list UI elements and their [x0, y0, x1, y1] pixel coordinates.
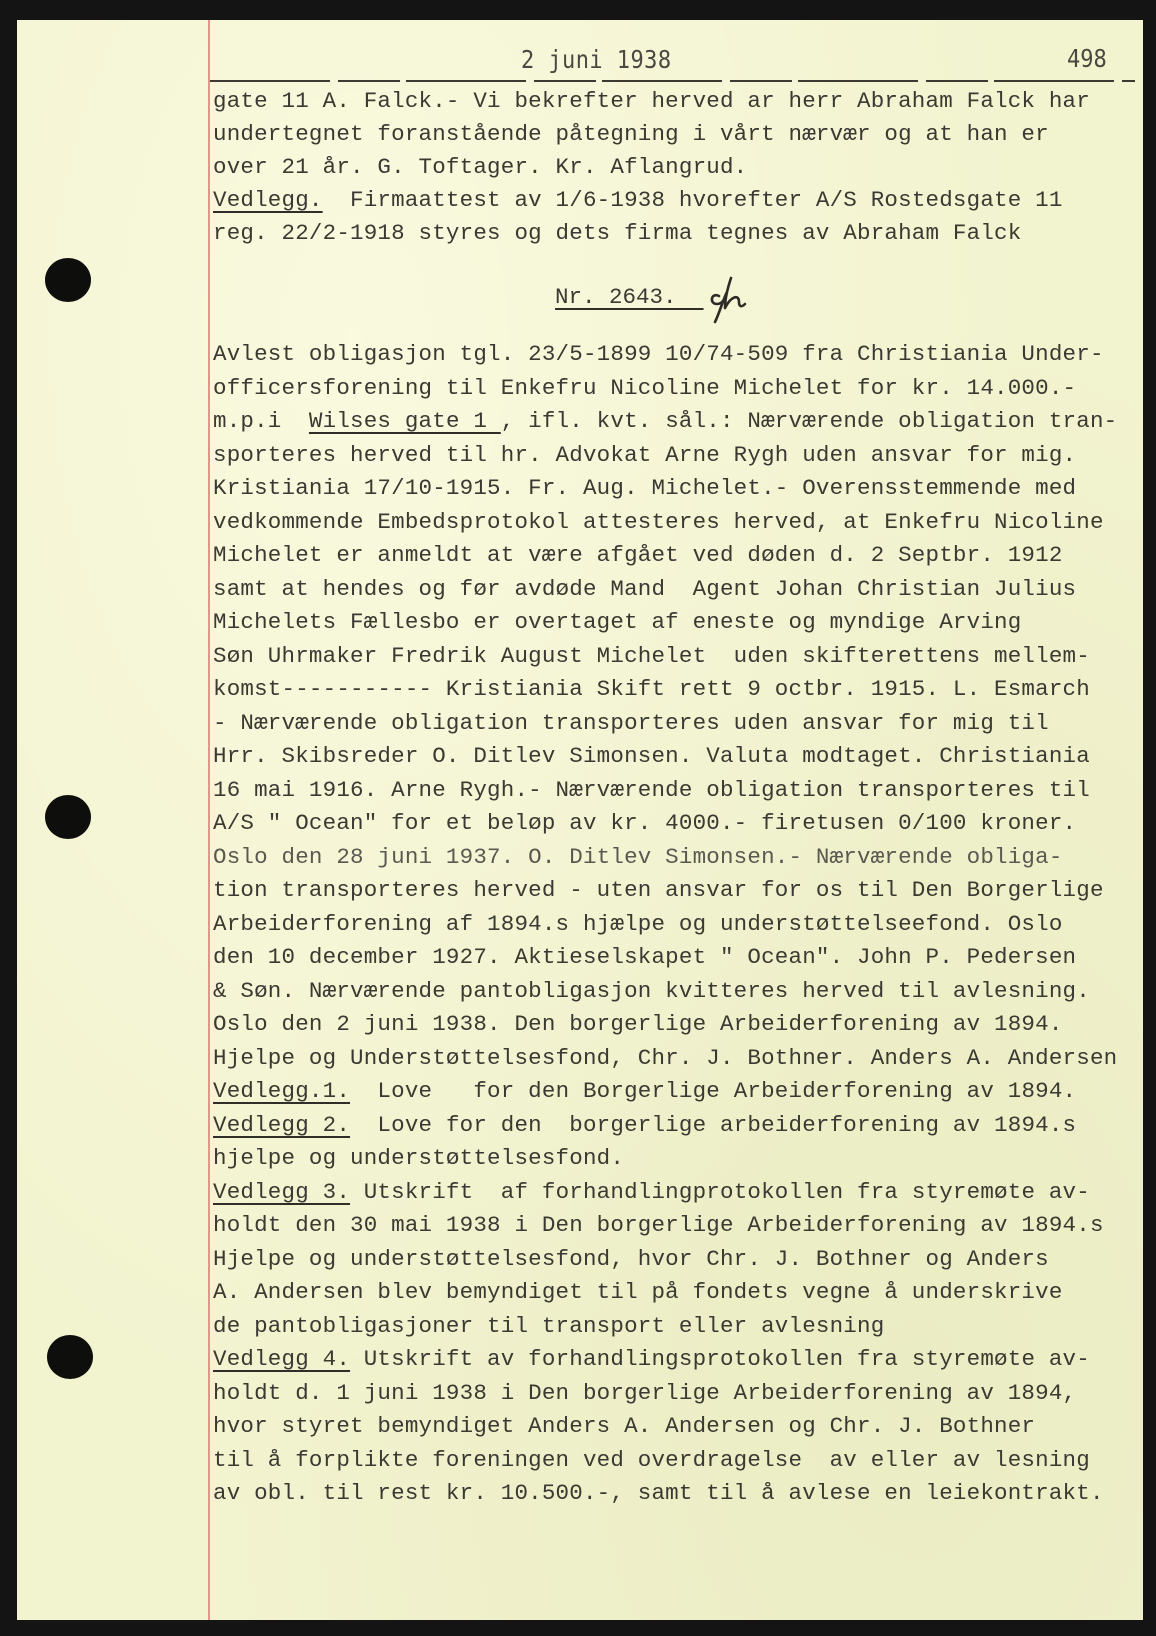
text-line: Hjelpe og Understøttelsesfond, Chr. J. B…	[213, 1044, 1117, 1072]
text-line: holdt d. 1 juni 1938 i Den borgerlige Ar…	[213, 1379, 1076, 1407]
text-line: gate 11 A. Falck.- Vi bekrefter herved a…	[213, 87, 1090, 115]
text-line: til å forplikte foreningen ved overdrage…	[213, 1446, 1090, 1474]
attachment-label: Vedlegg.	[213, 187, 323, 213]
text-line: av obl. til rest kr. 10.500.-, samt til …	[213, 1479, 1104, 1507]
text-span: Utskrift av forhandlingsprotokollen fra …	[350, 1346, 1090, 1372]
text-line: Hrr. Skibsreder O. Ditlev Simonsen. Valu…	[213, 742, 1090, 770]
text-line: Søn Uhrmaker Fredrik August Michelet ude…	[213, 642, 1090, 670]
text-line: Vedlegg 3. Utskrift af forhandlingprotok…	[213, 1178, 1090, 1206]
text-line: m.p.i Wilses gate 1 , ifl. kvt. sål.: Næ…	[213, 407, 1117, 435]
text-line: den 10 december 1927. Aktieselskapet " O…	[213, 943, 1076, 971]
text-span: Firmaattest av 1/6-1938 hvorefter A/S Ro…	[323, 187, 1063, 213]
text-line: sporteres herved til hr. Advokat Arne Ry…	[213, 441, 1076, 469]
text-line: Hjelpe og understøttelsesfond, hvor Chr.…	[213, 1245, 1049, 1273]
text-line: de pantobligasjoner til transport eller …	[213, 1312, 884, 1340]
text-line: 16 mai 1916. Arne Rygh.- Nærværende obli…	[213, 776, 1090, 804]
text-line: A/S " Ocean" for et beløp av kr. 4000.- …	[213, 809, 1076, 837]
text-line: komst----------- Kristiania Skift rett 9…	[213, 675, 1090, 703]
document-page: 2 juni 1938 498 gate 11 A. Falck.- Vi be…	[17, 20, 1143, 1620]
text-line: Kristiania 17/10-1915. Fr. Aug. Michelet…	[213, 474, 1076, 502]
address-underlined: Wilses gate 1	[309, 408, 501, 434]
text-line: A. Andersen blev bemyndiget til på fonde…	[213, 1278, 1063, 1306]
text-line: Michelet er anmeldt at være afgået ved d…	[213, 541, 1063, 569]
text-line: tion transporteres herved - uten ansvar …	[213, 876, 1104, 904]
text-line: Vedlegg 4. Utskrift av forhandlingsproto…	[213, 1345, 1090, 1373]
text-line: Arbeiderforening af 1894.s hjælpe og und…	[213, 910, 1063, 938]
attachment-label: Vedlegg 2.	[213, 1112, 350, 1138]
text-line: hvor styret bemyndiget Anders A. Anderse…	[213, 1412, 1035, 1440]
text-line: samt at hendes og før avdøde Mand Agent …	[213, 575, 1076, 603]
punch-hole-icon	[45, 795, 91, 839]
text-span: Utskrift af forhandlingprotokollen fra s…	[350, 1179, 1090, 1205]
text-span: m.p.i	[213, 408, 309, 434]
text-line: Oslo den 28 juni 1937. O. Ditlev Simonse…	[213, 843, 1063, 871]
text-span: , ifl. kvt. sål.: Nærværende obligation …	[501, 408, 1118, 434]
text-line: over 21 år. G. Toftager. Kr. Aflangrud.	[213, 153, 747, 181]
header-rule	[210, 80, 1135, 82]
text-line: Oslo den 2 juni 1938. Den borgerlige Arb…	[213, 1010, 1063, 1038]
punch-hole-icon	[47, 1335, 93, 1379]
text-line: officersforening til Enkefru Nicoline Mi…	[213, 374, 1076, 402]
entry-number-text: Nr. 2643.	[555, 284, 677, 310]
text-span: Love for den Borgerlige Arbeiderforening…	[350, 1078, 1076, 1104]
text-line: Vedlegg 2. Love for den borgerlige arbei…	[213, 1111, 1076, 1139]
text-line: undertegnet foranstående påtegning i vår…	[213, 120, 1049, 148]
text-line: Vedlegg.1. Love for den Borgerlige Arbei…	[213, 1077, 1076, 1105]
text-line: reg. 22/2-1918 styres og dets firma tegn…	[213, 219, 1021, 247]
handwritten-initials-icon	[705, 274, 749, 324]
text-line: - Nærværende obligation transporteres ud…	[213, 709, 1049, 737]
header-date: 2 juni 1938	[521, 45, 672, 74]
text-line: Michelets Fællesbo er overtaget af enest…	[213, 608, 1021, 636]
attachment-label: Vedlegg 4.	[213, 1346, 350, 1372]
text-span: Love for den borgerlige arbeiderforening…	[350, 1112, 1076, 1138]
attachment-label: Vedlegg.1.	[213, 1078, 350, 1104]
text-line: vedkommende Embedsprotokol attesteres he…	[213, 508, 1104, 536]
text-line: Avlest obligasjon tgl. 23/5-1899 10/74-5…	[213, 340, 1104, 368]
text-line: hjelpe og understøttelsesfond.	[213, 1144, 624, 1172]
red-margin-line	[208, 20, 210, 1620]
punch-hole-icon	[45, 258, 91, 302]
attachment-label: Vedlegg 3.	[213, 1179, 350, 1205]
text-line: & Søn. Nærværende pantobligasjon kvitter…	[213, 977, 1090, 1005]
text-line: holdt den 30 mai 1938 i Den borgerlige A…	[213, 1211, 1104, 1239]
text-line: Vedlegg. Firmaattest av 1/6-1938 hvoreft…	[213, 186, 1063, 214]
page-number: 498	[1067, 44, 1107, 73]
entry-number: Nr. 2643.	[555, 284, 704, 310]
